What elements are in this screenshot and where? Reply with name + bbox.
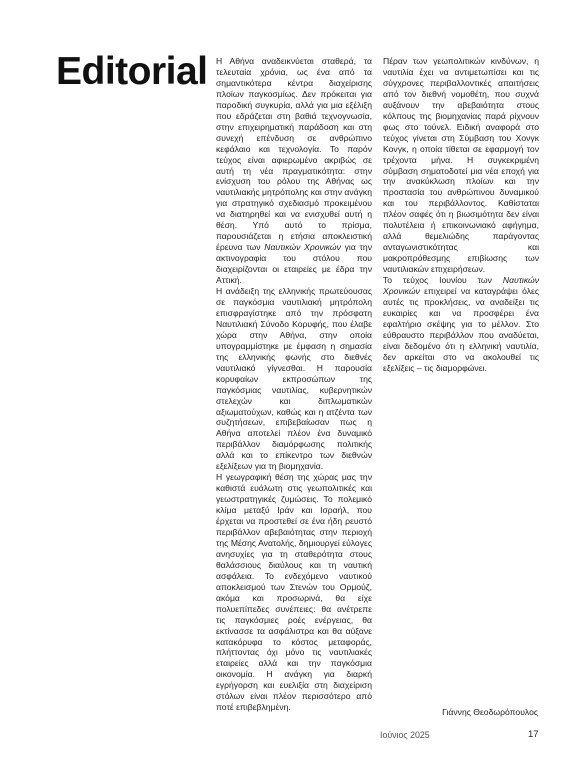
- paragraph-text: Το τεύχος Ιουνίου των: [383, 275, 503, 285]
- article-paragraph: Η ανάδειξη της ελληνικής πρωτεύουσας σε …: [216, 286, 372, 472]
- page-number: 17: [528, 729, 539, 740]
- article-paragraph: Το τεύχος Ιουνίου των Ναυτικών Χρονικών …: [383, 275, 539, 374]
- author-signature: Γιάννης Θεοδωρόπουλος: [383, 707, 538, 717]
- publication-name: Ναυτικών Χρονικών: [264, 242, 341, 252]
- article-paragraph: Η γεωγραφική θέση της χώρας μας την καθι…: [216, 472, 372, 713]
- paragraph-text: Η ανάδειξη της ελληνικής πρωτεύουσας σε …: [216, 286, 372, 471]
- paragraph-text: επιχειρεί να καταγράψει όλες αυτές τις π…: [383, 286, 539, 373]
- article-paragraph: Πέραν των γεωπολιτικών κινδύνων, η ναυτι…: [383, 56, 539, 275]
- article-paragraph: Η Αθήνα αναδεικνύεται σταθερά, τα τελευτ…: [216, 56, 372, 286]
- paragraph-text: Πέραν των γεωπολιτικών κινδύνων, η ναυτι…: [383, 56, 539, 274]
- paragraph-text: Η Αθήνα αναδεικνύεται σταθερά, τα τελευτ…: [216, 56, 372, 252]
- paragraph-text: Η γεωγραφική θέση της χώρας μας την καθι…: [216, 472, 372, 712]
- issue-date: Ιούνιος 2025: [380, 730, 430, 740]
- article-column-right: Πέραν των γεωπολιτικών κινδύνων, η ναυτι…: [383, 56, 539, 374]
- page-title: Editorial: [56, 50, 208, 94]
- article-column-left: Η Αθήνα αναδεικνύεται σταθερά, τα τελευτ…: [216, 56, 372, 713]
